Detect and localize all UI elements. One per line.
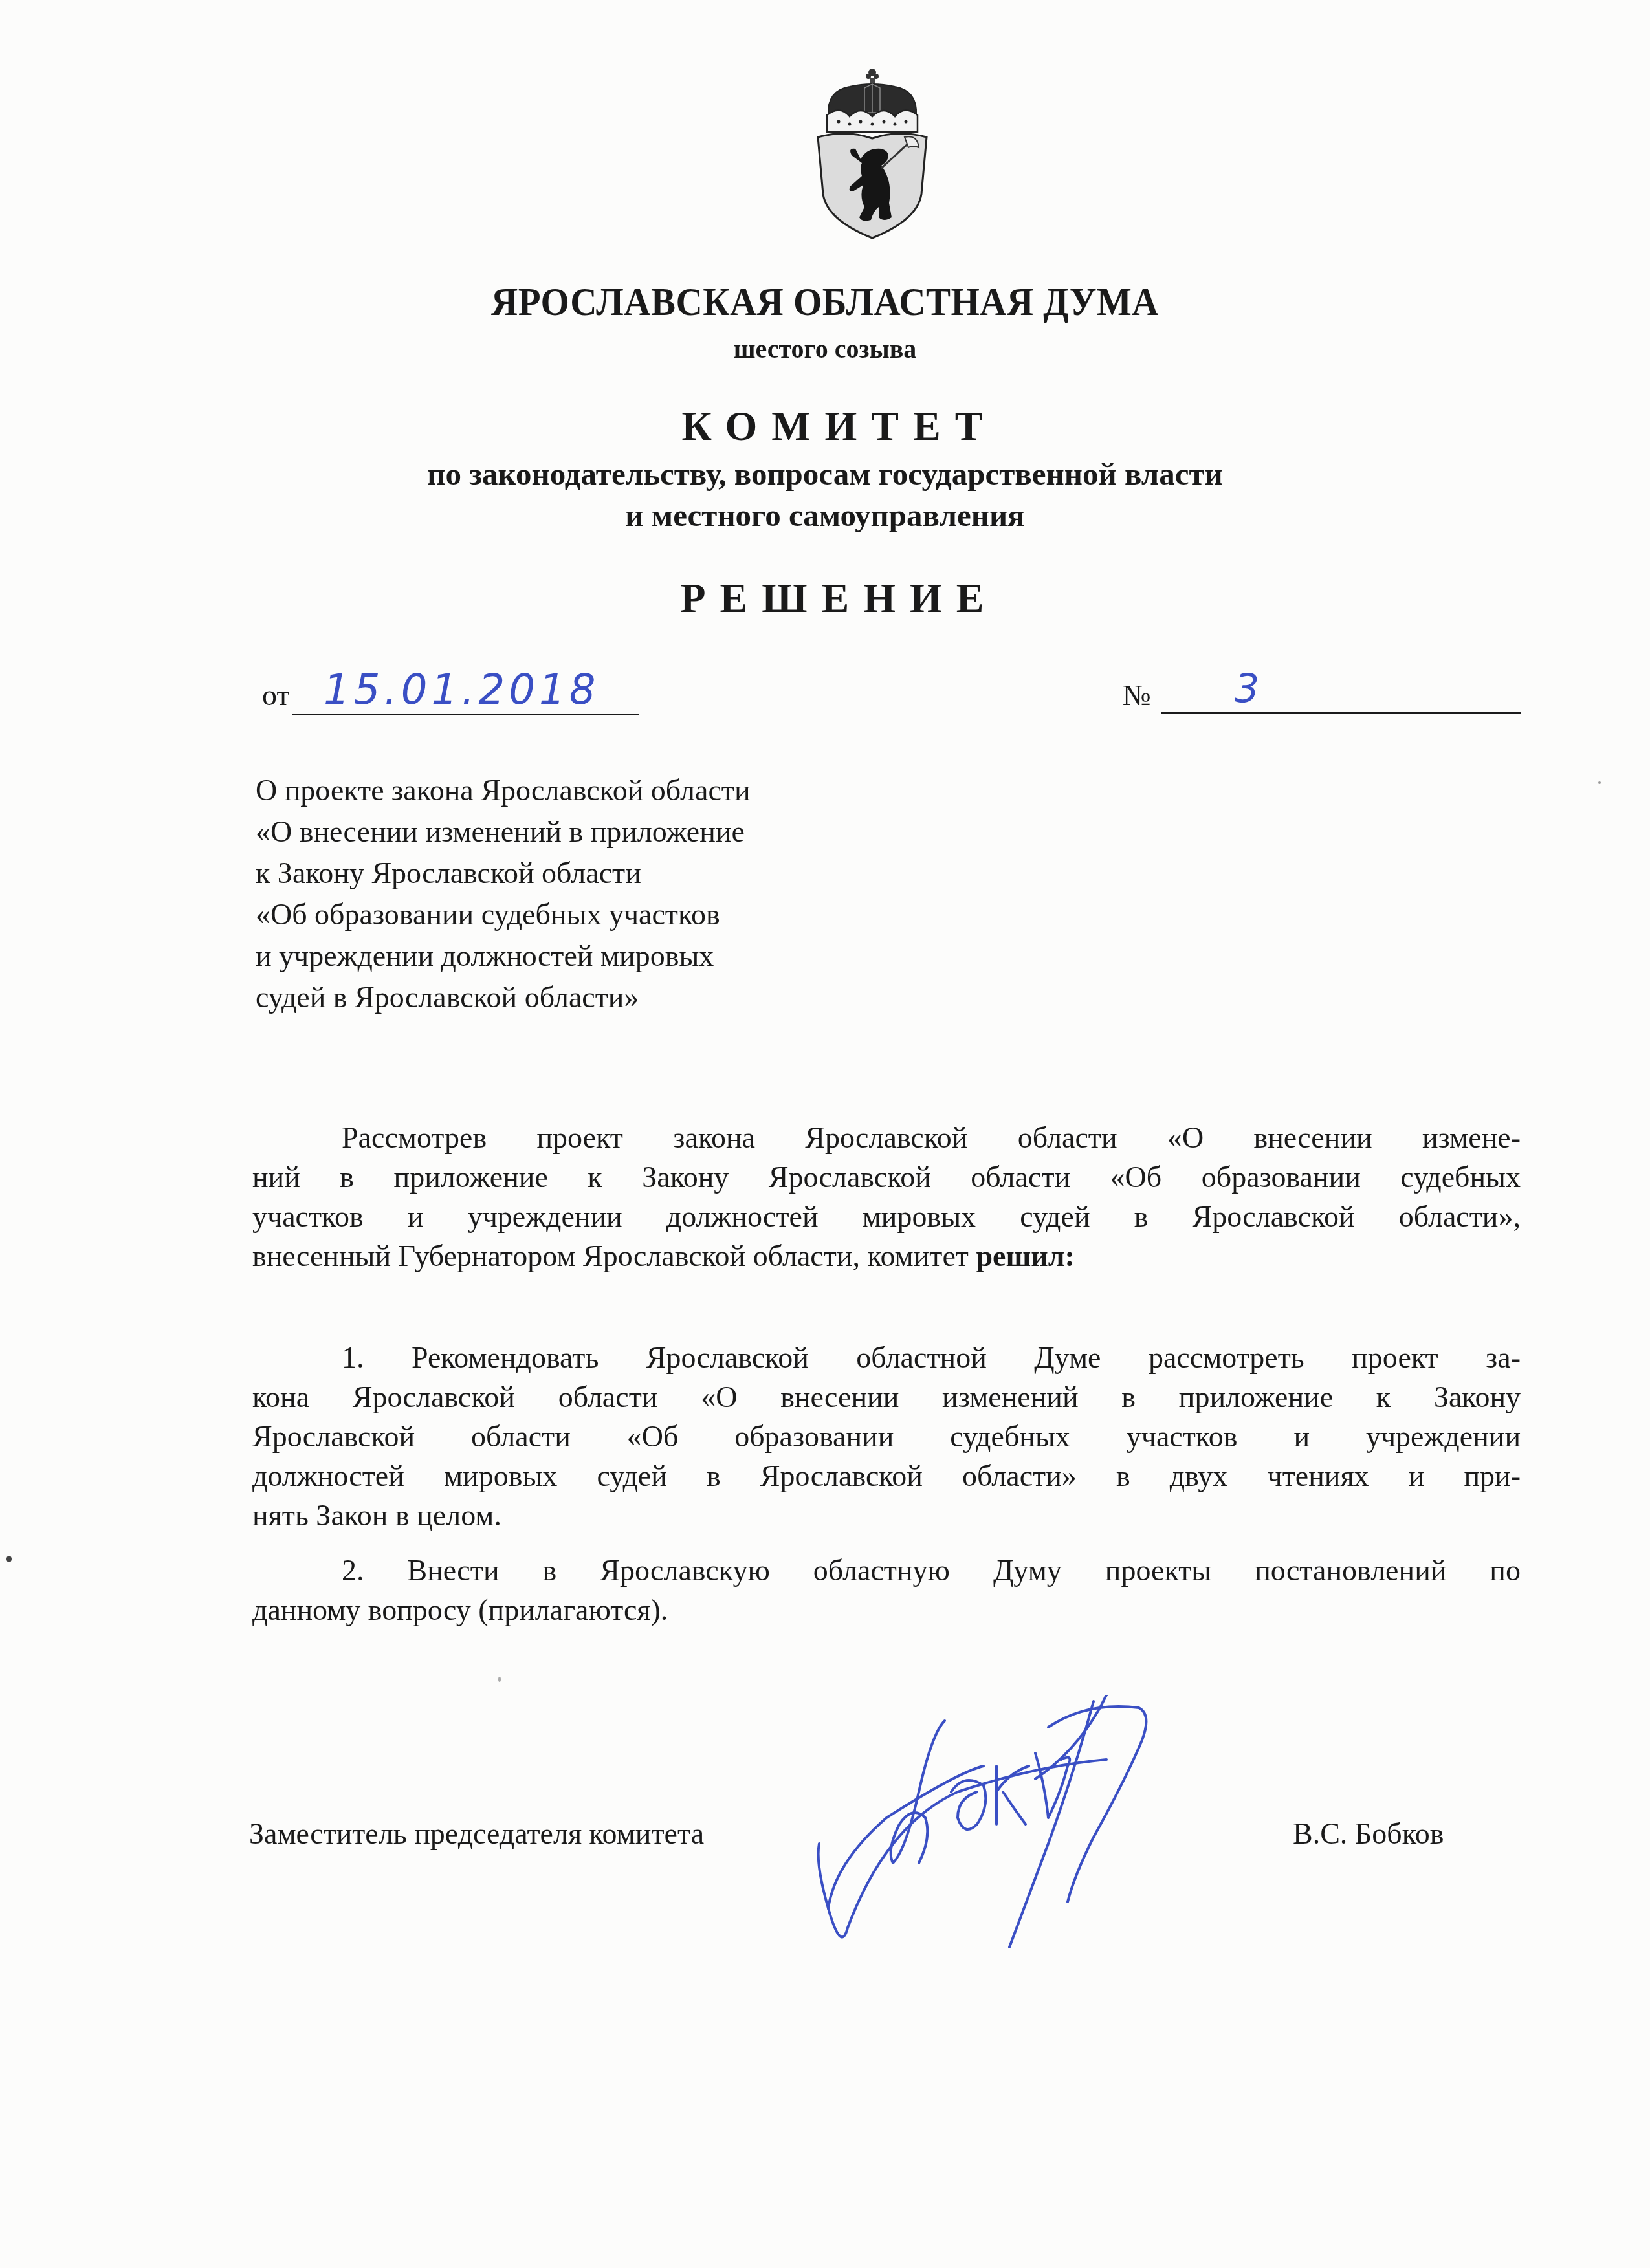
subject-line: судей в Ярославской области» — [256, 977, 751, 1018]
committee-title: КОМИТЕТ — [0, 402, 1650, 450]
date-label: от — [262, 678, 290, 712]
preamble-paragraph: Рассмотрев проект закона Ярославской обл… — [252, 1118, 1521, 1276]
subject-line: «Об образовании судебных участков — [256, 894, 751, 935]
number-value-handwritten: 3 — [1235, 666, 1259, 712]
scan-artifact — [1598, 781, 1601, 784]
document-type-title: РЕШЕНИЕ — [0, 574, 1650, 622]
paragraph-line: кона Ярославской области «О внесении изм… — [252, 1377, 1521, 1417]
committee-subtitle-line-1: по законодательству, вопросам государств… — [0, 455, 1650, 492]
subject-line: к Закону Ярославской области — [256, 853, 751, 894]
subject-line: и учреждении должностей мировых — [256, 935, 751, 977]
subject-line: О проекте закона Ярославской области — [256, 770, 751, 811]
decided-keyword: решил: — [976, 1239, 1074, 1272]
paragraph-line: участков и учреждении должностей мировых… — [252, 1197, 1521, 1236]
decision-item-2: 2. Внести в Ярославскую областную Думу п… — [252, 1551, 1521, 1630]
paragraph-line: Ярославской области «Об образовании суде… — [252, 1417, 1521, 1456]
paragraph-line: 2. Внести в Ярославскую областную Думу п… — [252, 1551, 1521, 1590]
handwritten-signature-icon — [789, 1695, 1346, 2031]
paragraph-line: 1. Рекомендовать Ярославской областной Д… — [252, 1338, 1521, 1377]
document-subject: О проекте закона Ярославской области «О … — [256, 770, 751, 1018]
committee-subtitle-line-2: и местного самоуправления — [0, 497, 1650, 534]
paragraph-line-final: внесенный Губернатором Ярославской облас… — [252, 1236, 1521, 1276]
paragraph-line: должностей мировых судей в Ярославской о… — [252, 1456, 1521, 1496]
decision-item-1: 1. Рекомендовать Ярославской областной Д… — [252, 1338, 1521, 1535]
signatory-position: Заместитель председателя комитета — [249, 1816, 704, 1851]
paragraph-line: Рассмотрев проект закона Ярославской обл… — [252, 1118, 1521, 1157]
subject-line: «О внесении изменений в приложение — [256, 811, 751, 853]
coat-of-arms-icon — [814, 65, 930, 239]
convocation-subtitle: шестого созыва — [0, 334, 1650, 364]
date-value-handwritten: 15.01.2018 — [324, 666, 599, 714]
paragraph-line: нять Закон в целом. — [252, 1496, 1521, 1535]
document-page: ЯРОСЛАВСКАЯ ОБЛАСТНАЯ ДУМА шестого созыв… — [0, 0, 1650, 2268]
paragraph-line: данному вопросу (прилагаются). — [252, 1590, 1521, 1630]
number-underline — [1161, 712, 1521, 714]
paragraph-line: ний в приложение к Закону Ярославской об… — [252, 1157, 1521, 1197]
number-label: № — [1123, 678, 1151, 712]
paragraph-text: внесенный Губернатором Ярославской облас… — [252, 1239, 976, 1272]
organization-title: ЯРОСЛАВСКАЯ ОБЛАСТНАЯ ДУМА — [66, 279, 1584, 325]
scan-artifact — [6, 1556, 12, 1562]
scan-artifact — [498, 1677, 501, 1682]
